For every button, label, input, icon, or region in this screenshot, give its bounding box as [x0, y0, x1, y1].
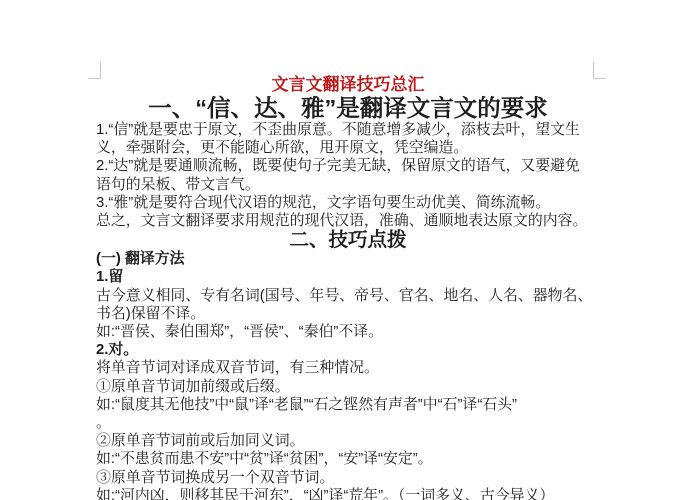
method-label-pair: 2.对。: [96, 341, 600, 359]
paragraph-line: 如:“鼠度其无他技”中“鼠”译“老鼠”“石之铿然有声者”中“石”译“石头”: [96, 396, 600, 414]
paragraph-line: 古今意义相同、专有名词(国号、年号、帝号、官名、地名、人名、器物名、: [96, 287, 600, 305]
paragraph-line: 2.“达”就是要通顺流畅，既要使句子完美无缺，保留原文的语气，又要避免: [96, 157, 600, 175]
paragraph-line: 义，牵强附会，更不能随心所欲，甩开原文，凭空编造。: [96, 139, 600, 157]
paragraph-line: 。: [96, 414, 600, 432]
paragraph-line: ②原单音节词前或后加同义词。: [96, 432, 600, 450]
subsection-heading-methods: (一) 翻译方法: [96, 250, 600, 268]
paragraph-line: 书名)保留不译。: [96, 305, 600, 323]
paragraph-line: 如:“晋侯、秦伯围郑”，“晋侯”、“秦伯”不译。: [96, 323, 600, 341]
page-title: 文言文翻译技巧总汇: [96, 74, 600, 96]
paragraph-line: ①原单音节词加前缀或后缀。: [96, 378, 600, 396]
paragraph-line: 如:“河内凶，则移其民于河东”，“凶”译“荒年”。（一词多义、古今异义）: [96, 487, 600, 500]
section-heading-tips: 二、技巧点拨: [96, 230, 600, 250]
method-label-retain: 1.留: [96, 268, 600, 286]
paragraph-line: 3.“雅”就是要符合现代汉语的规范，文字语句要生动优美、简练流畅。: [96, 194, 600, 212]
paragraph-line: 语句的呆板、带文言气。: [96, 176, 600, 194]
document-body: 文言文翻译技巧总汇 一、“信、达、雅”是翻译文言文的要求 1.“信”就是要忠于原…: [96, 74, 600, 500]
section-heading-requirements: 一、“信、达、雅”是翻译文言文的要求: [96, 96, 600, 121]
paragraph-line: 1.“信”就是要忠于原文，不歪曲原意。不随意增多减少，添枝去叶，望文生: [96, 121, 600, 139]
paragraph-line: ③原单音节词换成另一个双音节词。: [96, 469, 600, 487]
paragraph-line: 总之，文言文翻译要求用规范的现代汉语，准确、通顺地表达原文的内容。: [96, 212, 600, 230]
paragraph-line: 如:“不患贫而患不安”中“贫”译“贫困”，“安”译“安定”。: [96, 450, 600, 468]
document-page: 文言文翻译技巧总汇 一、“信、达、雅”是翻译文言文的要求 1.“信”就是要忠于原…: [0, 0, 698, 500]
paragraph-line: 将单音节词对译成双音节词，有三种情况。: [96, 359, 600, 377]
